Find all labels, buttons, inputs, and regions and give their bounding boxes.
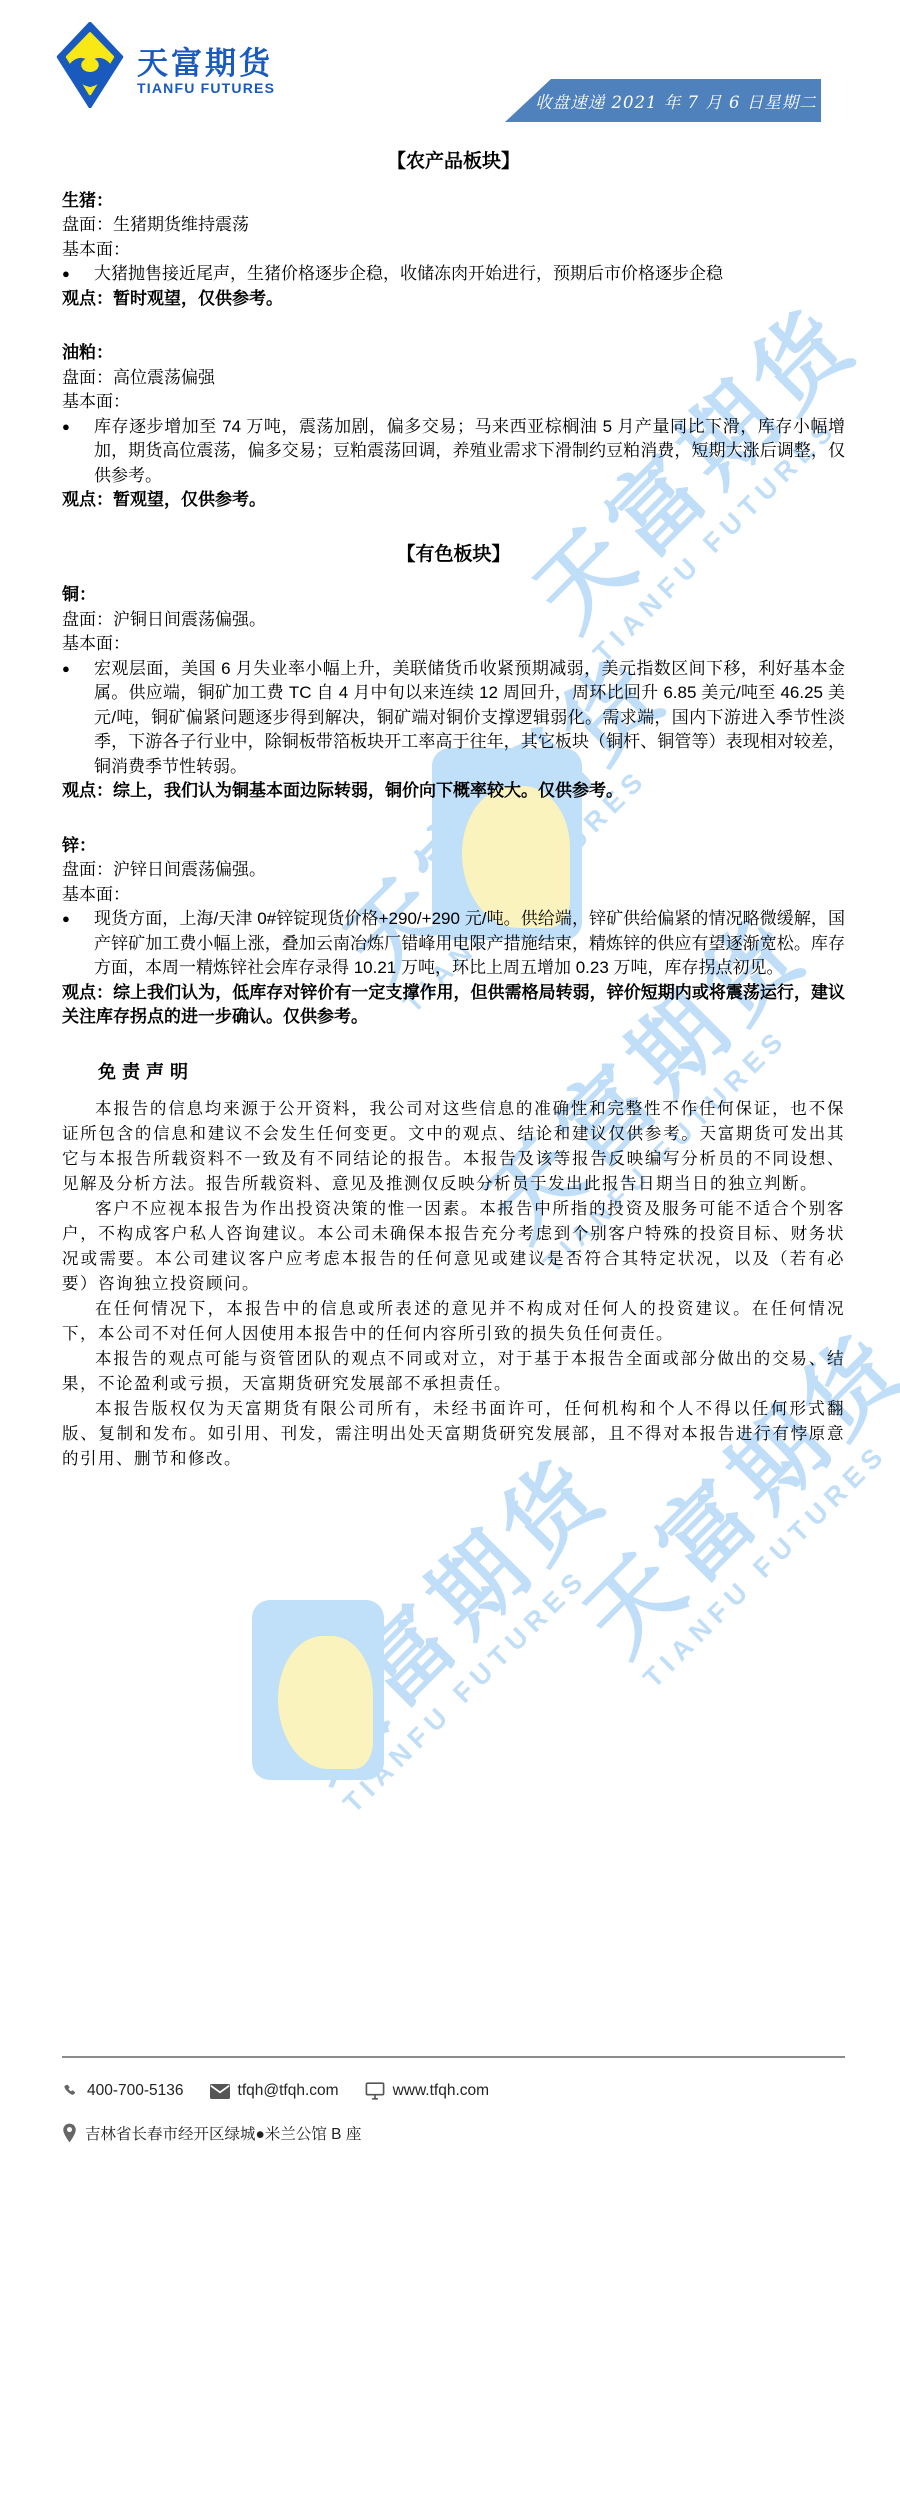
phone-number: 400-700-5136: [87, 2082, 184, 2100]
disclaimer-paragraph: 本报告的信息均来源于公开资料，我公司对这些信息的准确性和完整性不作任何保证，也不…: [62, 1096, 845, 1196]
commodity-name: 油粕：: [62, 341, 845, 366]
footer: 400-700-5136 tfqh@tfqh.com www.tfqh.com: [62, 2056, 845, 2144]
date-banner: 收盘速递 2021 年 7 月 6 日星期二: [505, 79, 821, 122]
phone-icon: [62, 2083, 79, 2100]
brand-text: 天富期货 TIANFU FUTURES: [137, 22, 275, 97]
watermark-brand-en: TIANFU FUTURES: [336, 1507, 649, 1820]
commodity-name: 铜：: [62, 583, 845, 608]
commodity-block-copper: 铜： 盘面：沪铜日间震荡偏强。 基本面： ● 宏观层面，美国 6 月失业率小幅上…: [62, 583, 845, 804]
location-pin-icon: [62, 2123, 77, 2143]
market-line: 盘面：沪锌日间震荡偏强。: [62, 858, 845, 883]
fundamentals-label: 基本面：: [62, 390, 845, 415]
disclaimer-paragraph: 本报告版权仅为天富期货有限公司所有，未经书面许可，任何机构和个人不得以任何形式翻…: [62, 1396, 845, 1471]
market-line: 盘面：生猪期货维持震荡: [62, 213, 845, 238]
fundamentals-label: 基本面：: [62, 238, 845, 263]
company-address: 吉林省长春市经开区绿城●米兰公馆 B 座: [85, 2122, 361, 2144]
bullet-icon: ●: [62, 907, 94, 981]
banner-text: 收盘速递 2021 年 7 月 6 日星期二: [535, 89, 816, 113]
disclaimer-section: 免责声明 本报告的信息均来源于公开资料，我公司对这些信息的准确性和完整性不作任何…: [62, 1060, 845, 1472]
header: 天富期货 TIANFU FUTURES 收盘速递 2021 年 7 月 6 日星…: [55, 22, 900, 112]
bullet-item: ● 库存逐步增加至 74 万吨，震荡加剧，偏多交易；马来西亚棕榈油 5 月产量同…: [62, 415, 845, 489]
bullet-text: 大猪抛售接近尾声，生猪价格逐步企稳，收储冻肉开始进行，预期后市价格逐步企稳: [94, 262, 845, 287]
viewpoint-line: 观点：综上我们认为，低库存对锌价有一定支撑作用，但供需格局转弱，锌价短期内或将震…: [62, 981, 845, 1030]
brand-name-en: TIANFU FUTURES: [137, 80, 275, 97]
watermark-logo-icon: [252, 1600, 384, 1780]
commodity-block-oil-meal: 油粕： 盘面：高位震荡偏强 基本面： ● 库存逐步增加至 74 万吨，震荡加剧，…: [62, 341, 845, 513]
contact-row: 400-700-5136 tfqh@tfqh.com www.tfqh.com: [62, 2082, 845, 2100]
commodity-name: 生猪：: [62, 189, 845, 214]
fundamentals-label: 基本面：: [62, 632, 845, 657]
commodity-name: 锌：: [62, 834, 845, 859]
market-line: 盘面：高位震荡偏强: [62, 366, 845, 391]
fundamentals-label: 基本面：: [62, 883, 845, 908]
bullet-text: 库存逐步增加至 74 万吨，震荡加剧，偏多交易；马来西亚棕榈油 5 月产量同比下…: [94, 415, 845, 489]
market-line: 盘面：沪铜日间震荡偏强。: [62, 608, 845, 633]
section-title-agriculture: 【农产品板块】: [62, 150, 845, 175]
section-title-nonferrous: 【有色板块】: [62, 543, 845, 568]
bullet-text: 现货方面，上海/天津 0#锌锭现货价格+290/+290 元/吨。供给端，锌矿供…: [94, 907, 845, 981]
tianfu-diamond-logo-icon: [55, 22, 125, 108]
brand-name-cn: 天富期货: [137, 48, 275, 80]
bullet-icon: ●: [62, 262, 94, 287]
report-body: 【农产品板块】 生猪： 盘面：生猪期货维持震荡 基本面： ● 大猪抛售接近尾声，…: [62, 150, 845, 1471]
bullet-icon: ●: [62, 657, 94, 780]
bullet-item: ● 现货方面，上海/天津 0#锌锭现货价格+290/+290 元/吨。供给端，锌…: [62, 907, 845, 981]
email-contact[interactable]: tfqh@tfqh.com: [210, 2082, 339, 2100]
disclaimer-title: 免责声明: [62, 1060, 845, 1085]
monitor-icon: [365, 2082, 385, 2100]
commodity-block-zinc: 锌： 盘面：沪锌日间震荡偏强。 基本面： ● 现货方面，上海/天津 0#锌锭现货…: [62, 834, 845, 1030]
email-address[interactable]: tfqh@tfqh.com: [238, 2082, 339, 2100]
address-row: 吉林省长春市经开区绿城●米兰公馆 B 座: [62, 2122, 845, 2144]
website-url[interactable]: www.tfqh.com: [393, 2082, 489, 2100]
bullet-item: ● 大猪抛售接近尾声，生猪价格逐步企稳，收储冻肉开始进行，预期后市价格逐步企稳: [62, 262, 845, 287]
disclaimer-paragraph: 在任何情况下，本报告中的信息或所表述的意见并不构成对任何人的投资建议。在任何情况…: [62, 1296, 845, 1346]
viewpoint-line: 观点：综上，我们认为铜基本面边际转弱，铜价向下概率较大。仅供参考。: [62, 779, 845, 804]
report-page: 天富期货 TIANFU FUTURES 天富期货 TIANFU FUTURES …: [0, 0, 900, 2494]
bullet-text: 宏观层面，美国 6 月失业率小幅上升，美联储货币收紧预期减弱，美元指数区间下移，…: [94, 657, 845, 780]
phone-contact: 400-700-5136: [62, 2082, 184, 2100]
viewpoint-line: 观点：暂观望，仅供参考。: [62, 488, 845, 513]
disclaimer-paragraph: 本报告的观点可能与资管团队的观点不同或对立，对于基于本报告全面或部分做出的交易、…: [62, 1346, 845, 1396]
bullet-item: ● 宏观层面，美国 6 月失业率小幅上升，美联储货币收紧预期减弱，美元指数区间下…: [62, 657, 845, 780]
bullet-icon: ●: [62, 415, 94, 489]
viewpoint-line: 观点：暂时观望，仅供参考。: [62, 287, 845, 312]
disclaimer-paragraph: 客户不应视本报告为作出投资决策的惟一因素。本报告中所指的投资及服务可能不适合个别…: [62, 1196, 845, 1296]
footer-divider: [62, 2056, 845, 2058]
envelope-icon: [210, 2084, 230, 2099]
website-contact[interactable]: www.tfqh.com: [365, 2082, 489, 2100]
watermark-text: 天富期货 TIANFU FUTURES: [268, 1440, 648, 1820]
watermark-brand-cn: 天富期货: [268, 1440, 624, 1796]
commodity-block-hogs: 生猪： 盘面：生猪期货维持震荡 基本面： ● 大猪抛售接近尾声，生猪价格逐步企稳…: [62, 189, 845, 312]
